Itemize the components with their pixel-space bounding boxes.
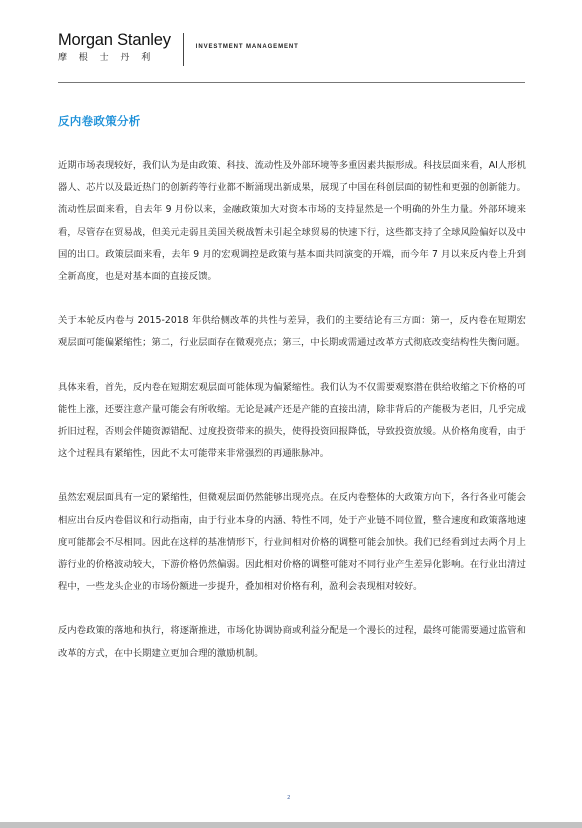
section-title: 反内卷政策分析	[58, 113, 141, 129]
page-number: 2	[287, 795, 291, 801]
header-rule	[58, 82, 525, 83]
viewer-bottom-edge	[0, 822, 582, 828]
document-page: Morgan Stanley 摩根士丹利 INVESTMENT MANAGEME…	[0, 0, 582, 822]
paragraph-5: 反内卷政策的落地和执行，将逐渐推进，市场化协调协商或利益分配是一个漫长的过程，最…	[58, 620, 526, 664]
logo-divider	[183, 33, 184, 66]
page-header: Morgan Stanley 摩根士丹利 INVESTMENT MANAGEME…	[58, 31, 299, 71]
morgan-stanley-logo: Morgan Stanley 摩根士丹利	[58, 31, 171, 64]
brand-name-en: Morgan Stanley	[58, 31, 171, 49]
paragraph-1: 近期市场表现较好，我们认为是由政策、科技、流动性及外部环境等多重因素共振形成。科…	[58, 155, 526, 288]
body-text: 近期市场表现较好，我们认为是由政策、科技、流动性及外部环境等多重因素共振形成。科…	[58, 155, 526, 687]
brand-name-cn: 摩根士丹利	[58, 52, 171, 64]
paragraph-4: 虽然宏观层面具有一定的紧缩性，但微观层面仍然能够出现亮点。在反内卷整体的大政策方…	[58, 487, 526, 598]
paragraph-3: 具体来看，首先，反内卷在短期宏观层面可能体现为偏紧缩性。我们认为不仅需要观察潜在…	[58, 377, 526, 466]
paragraph-2: 关于本轮反内卷与 2015-2018 年供给侧改革的共性与差异，我们的主要结论有…	[58, 310, 526, 354]
division-name: INVESTMENT MANAGEMENT	[196, 44, 299, 50]
